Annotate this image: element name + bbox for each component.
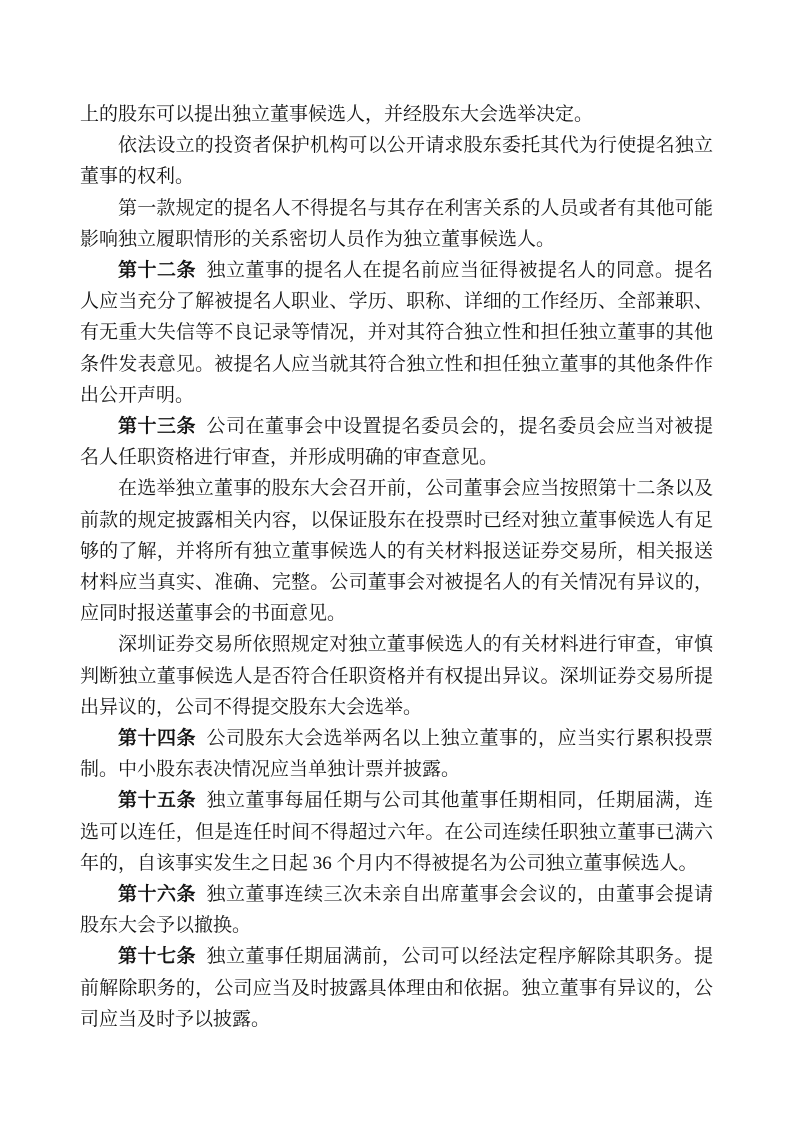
paragraph: 第十七条独立董事任期届满前，公司可以经法定程序解除其职务。提前解除职务的，公司应…: [80, 941, 713, 1035]
paragraph: 在选举独立董事的股东大会召开前，公司董事会应当按照第十二条以及前款的规定披露相关…: [80, 473, 713, 629]
paragraph: 依法设立的投资者保护机构可以公开请求股东委托其代为行使提名独立董事的权利。: [80, 130, 713, 192]
document-page: 上的股东可以提出独立董事候选人，并经股东大会选举决定。依法设立的投资者保护机构可…: [0, 0, 793, 1122]
paragraph: 第十二条独立董事的提名人在提名前应当征得被提名人的同意。提名人应当充分了解被提名…: [80, 255, 713, 411]
article-number: 第十三条: [118, 416, 196, 437]
paragraph-text: 上的股东可以提出独立董事候选人，并经股东大会选举决定。: [80, 104, 593, 125]
paragraph: 第一款规定的提名人不得提名与其存在利害关系的人员或者有其他可能影响独立履职情形的…: [80, 193, 713, 255]
article-number: 第十二条: [118, 260, 196, 281]
paragraph-text: 第一款规定的提名人不得提名与其存在利害关系的人员或者有其他可能影响独立履职情形的…: [80, 198, 713, 250]
paragraph-text: 依法设立的投资者保护机构可以公开请求股东委托其代为行使提名独立董事的权利。: [80, 135, 713, 187]
article-number: 第十四条: [118, 728, 196, 749]
paragraph-text: 深圳证券交易所依照规定对独立董事候选人的有关材料进行审查，审慎判断独立董事候选人…: [80, 634, 713, 717]
article-number: 第十七条: [118, 946, 196, 967]
article-number: 第十六条: [118, 884, 196, 905]
paragraph-text: 独立董事的提名人在提名前应当征得被提名人的同意。提名人应当充分了解被提名人职业、…: [80, 260, 713, 406]
paragraph: 上的股东可以提出独立董事候选人，并经股东大会选举决定。: [80, 99, 713, 130]
paragraph: 深圳证券交易所依照规定对独立董事候选人的有关材料进行审查，审慎判断独立董事候选人…: [80, 629, 713, 723]
paragraph: 第十四条公司股东大会选举两名以上独立董事的，应当实行累积投票制。中小股东表决情况…: [80, 723, 713, 785]
paragraph: 第十五条独立董事每届任期与公司其他董事任期相同，任期届满，连选可以连任，但是连任…: [80, 785, 713, 879]
paragraph: 第十三条公司在董事会中设置提名委员会的，提名委员会应当对被提名人任职资格进行审查…: [80, 411, 713, 473]
paragraph-text: 在选举独立董事的股东大会召开前，公司董事会应当按照第十二条以及前款的规定披露相关…: [80, 478, 713, 624]
article-number: 第十五条: [118, 790, 196, 811]
paragraph: 第十六条独立董事连续三次未亲自出席董事会会议的，由董事会提请股东大会予以撤换。: [80, 879, 713, 941]
document-body: 上的股东可以提出独立董事候选人，并经股东大会选举决定。依法设立的投资者保护机构可…: [80, 99, 713, 1035]
